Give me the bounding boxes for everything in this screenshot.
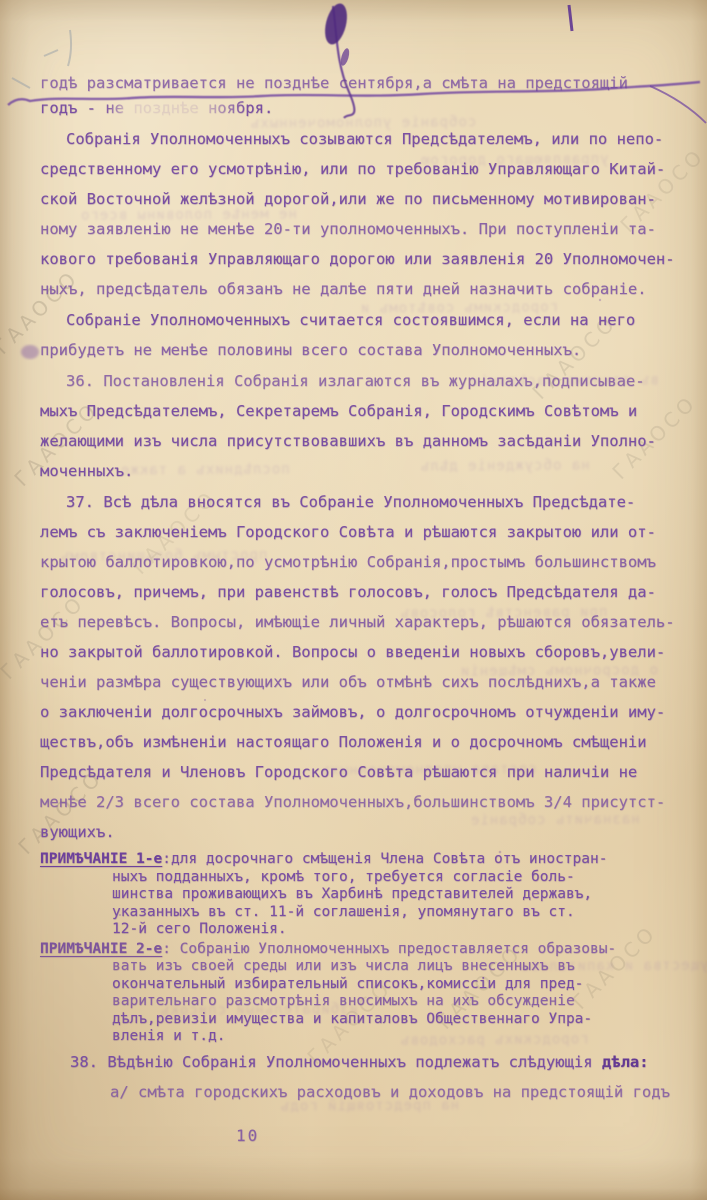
text-line: Предсѣдателя и Членовъ Городского Совѣта…: [40, 757, 687, 787]
text-line: крытою баллотировкою,по усмотрѣнію Собра…: [40, 547, 687, 577]
text-line: окончательный избирательный списокъ,коми…: [40, 976, 687, 994]
text-line: Собраніе Уполномоченныхъ считается состо…: [40, 305, 687, 335]
text-line: Собранія Уполномоченныхъ созываются Пред…: [40, 124, 687, 154]
text-line: 37. Всѣ дѣла вносятся въ Собраніе Уполно…: [40, 487, 687, 517]
text-line: а/ смѣта городскихъ расходовъ и доходовъ…: [40, 1077, 687, 1107]
text-line: ПРИМѢЧАНІЕ 2-е: Собранію Уполномоченныхъ…: [40, 941, 687, 959]
text-line: голосовъ, причемъ, при равенствѣ голосов…: [40, 577, 687, 607]
note-label: ПРИМѢЧАНІЕ 1-е: [40, 851, 162, 867]
page-number: 10: [236, 1126, 259, 1145]
emphasized-word: дѣла:: [602, 1053, 649, 1071]
text-line: менѣе 2/3 всего состава Уполномоченныхъ,…: [40, 787, 687, 817]
text-line: моченныхъ.: [40, 456, 687, 486]
text-line: ПРИМѢЧАНІЕ 1-е:для досрочнаго смѣщенія Ч…: [40, 851, 687, 869]
ink-smudge: [21, 345, 39, 359]
note-label: ПРИМѢЧАНІЕ 2-е: [40, 941, 162, 957]
typewritten-text-block: годѣ разсматривается не позднѣе сентября…: [40, 68, 687, 1107]
text-line: кового требованія Управляющаго дорогою и…: [40, 244, 687, 274]
text-line: ченіи размѣра существующихъ или объ отмѣ…: [40, 667, 687, 697]
text-line: но закрытой баллотировкой. Вопросы о вве…: [40, 637, 687, 667]
text-line: вать изъ своей среды или изъ числа лицъ …: [40, 958, 687, 976]
text-line: вующихъ.: [40, 817, 687, 847]
text-line: ществъ,объ измѣненіи настоящаго Положені…: [40, 727, 687, 757]
text-line: средственному его усмотрѣнію, или по тре…: [40, 154, 687, 184]
text-line: 36. Постановленія Собранія излагаются въ…: [40, 366, 687, 396]
text-line: ныхъ подданныхъ, кромѣ того, требуется с…: [40, 869, 687, 887]
text-line: годъ - не позднѣе ноября.: [40, 93, 687, 123]
ink-blot: [321, 1, 351, 47]
document-page: ГААОСОГААОСОГААОСОГААОСОГААОСОГААОСОГААО…: [0, 0, 707, 1200]
text-line: шинства проживающихъ въ Харбинѣ представ…: [40, 886, 687, 904]
text-line: етъ перевѣсъ. Вопросы, имѣющіе личный ха…: [40, 607, 687, 637]
text-line: ныхъ, предсѣдатель обязанъ не далѣе пяти…: [40, 274, 687, 304]
text-line: прибудетъ не менѣе половины всего состав…: [40, 335, 687, 365]
text-line: желающими изъ числа присутствовавшихъ въ…: [40, 426, 687, 456]
text-line: ному заявленію не менѣе 20-ти уполномоче…: [40, 214, 687, 244]
text-line: ской Восточной желѣзной дорогой,или же п…: [40, 184, 687, 214]
text-line: указанныхъ въ ст. 11-й соглашенія, упомя…: [40, 904, 687, 922]
ink-blot-drip: [339, 47, 351, 66]
text-line: дѣлъ,ревизіи имущества и капиталовъ Обще…: [40, 1011, 687, 1029]
text-line: мыхъ Предсѣдателемъ, Секретаремъ Собрані…: [40, 396, 687, 426]
text-line: вленія и т.д.: [40, 1028, 687, 1046]
text-line: 38. Вѣдѣнію Собранія Уполномоченныхъ под…: [40, 1047, 687, 1077]
text-line: лемъ съ заключеніемъ Городского Совѣта и…: [40, 517, 687, 547]
pen-tick: [569, 5, 572, 31]
text-line: 12-й сего Положенія.: [40, 921, 687, 939]
text-line: о заключеніи долгосрочныхъ займовъ, о до…: [40, 697, 687, 727]
text-line: варительнаго разсмотрѣнія вносимыхъ на и…: [40, 993, 687, 1011]
